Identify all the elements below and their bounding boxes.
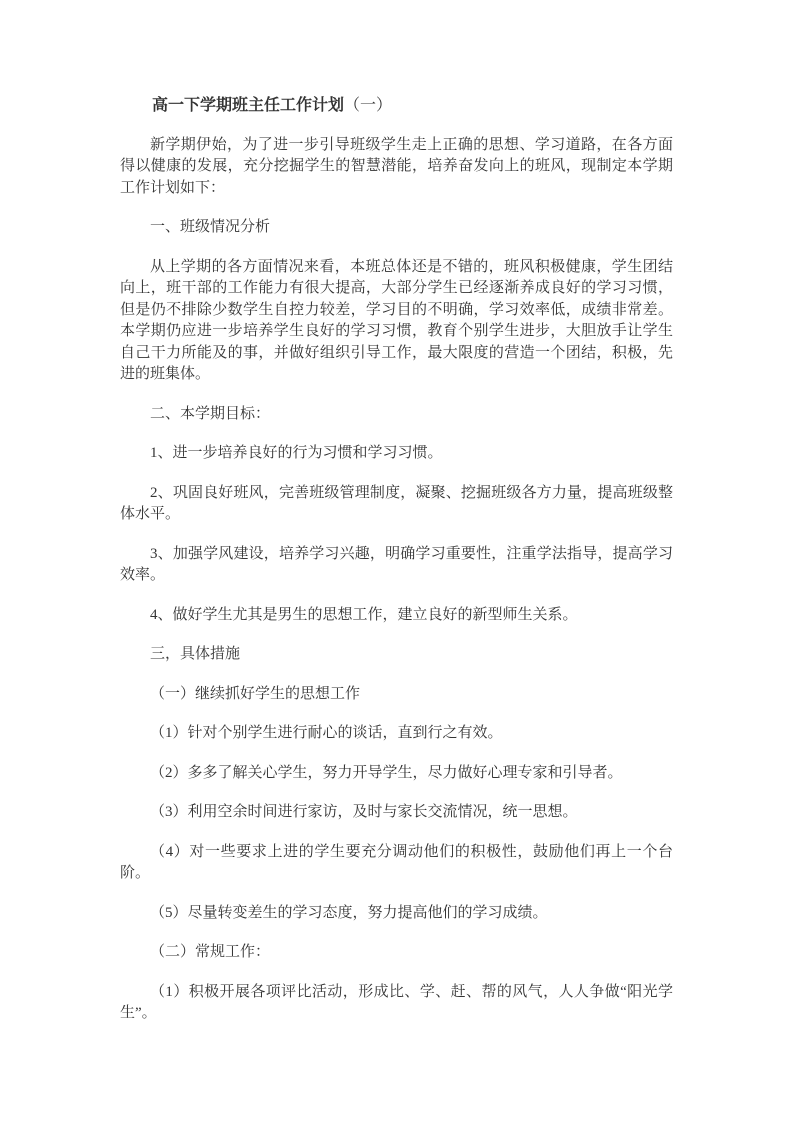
paragraph-intro: 新学期伊始，为了进一步引导班级学生走上正确的思想、学习道路，在各方面得以健康的发… — [120, 135, 673, 200]
measure-item-2: （2）多多了解关心学生，努力开导学生，尽力做好心理专家和引导者。 — [120, 763, 673, 785]
measure-item-4: （4）对一些要求上进的学生要充分调动他们的积极性，鼓励他们再上一个台阶。 — [120, 842, 673, 885]
goal-item-4: 4、做好学生尤其是男生的思想工作，建立良好的新型师生关系。 — [120, 605, 673, 627]
measure-item-3: （3）利用空余时间进行家访，及时与家长交流情况，统一思想。 — [120, 802, 673, 824]
heading-section-2-semester-goals: 二、本学期目标： — [120, 404, 673, 426]
goal-item-2: 2、巩固良好班风，完善班级管理制度，凝聚、挖掘班级各方力量，提高班级整体水平。 — [120, 483, 673, 526]
routine-item-1: （1）积极开展各项评比活动，形成比、学、赶、帮的风气，人人争做“阳光学生”。 — [120, 982, 673, 1025]
subheading-1-ideological-work: （一）继续抓好学生的思想工作 — [120, 684, 673, 706]
goal-item-3: 3、加强学风建设，培养学习兴趣，明确学习重要性，注重学法指导，提高学习效率。 — [120, 544, 673, 587]
subheading-2-routine-work: （二）常规工作： — [120, 942, 673, 964]
document-title: 高一下学期班主任工作计划（一） — [120, 95, 673, 117]
document-page: 高一下学期班主任工作计划（一） 新学期伊始，为了进一步引导班级学生走上正确的思想… — [0, 0, 793, 1122]
goal-item-1: 1、进一步培养良好的行为习惯和学习习惯。 — [120, 443, 673, 465]
heading-section-1-class-analysis: 一、班级情况分析 — [120, 217, 673, 239]
document-title-suffix: （一） — [344, 97, 392, 114]
measure-item-1: （1）针对个别学生进行耐心的谈话，直到行之有效。 — [120, 723, 673, 745]
document-title-main: 高一下学期班主任工作计划 — [152, 97, 344, 114]
document-body: 高一下学期班主任工作计划（一） 新学期伊始，为了进一步引导班级学生走上正确的思想… — [120, 95, 673, 1043]
paragraph-class-analysis: 从上学期的各方面情况来看，本班总体还是不错的，班风积极健康，学生团结向上，班干部… — [120, 257, 673, 386]
heading-section-3-measures: 三，具体措施 — [120, 644, 673, 666]
measure-item-5: （5）尽量转变差生的学习态度，努力提高他们的学习成绩。 — [120, 903, 673, 925]
